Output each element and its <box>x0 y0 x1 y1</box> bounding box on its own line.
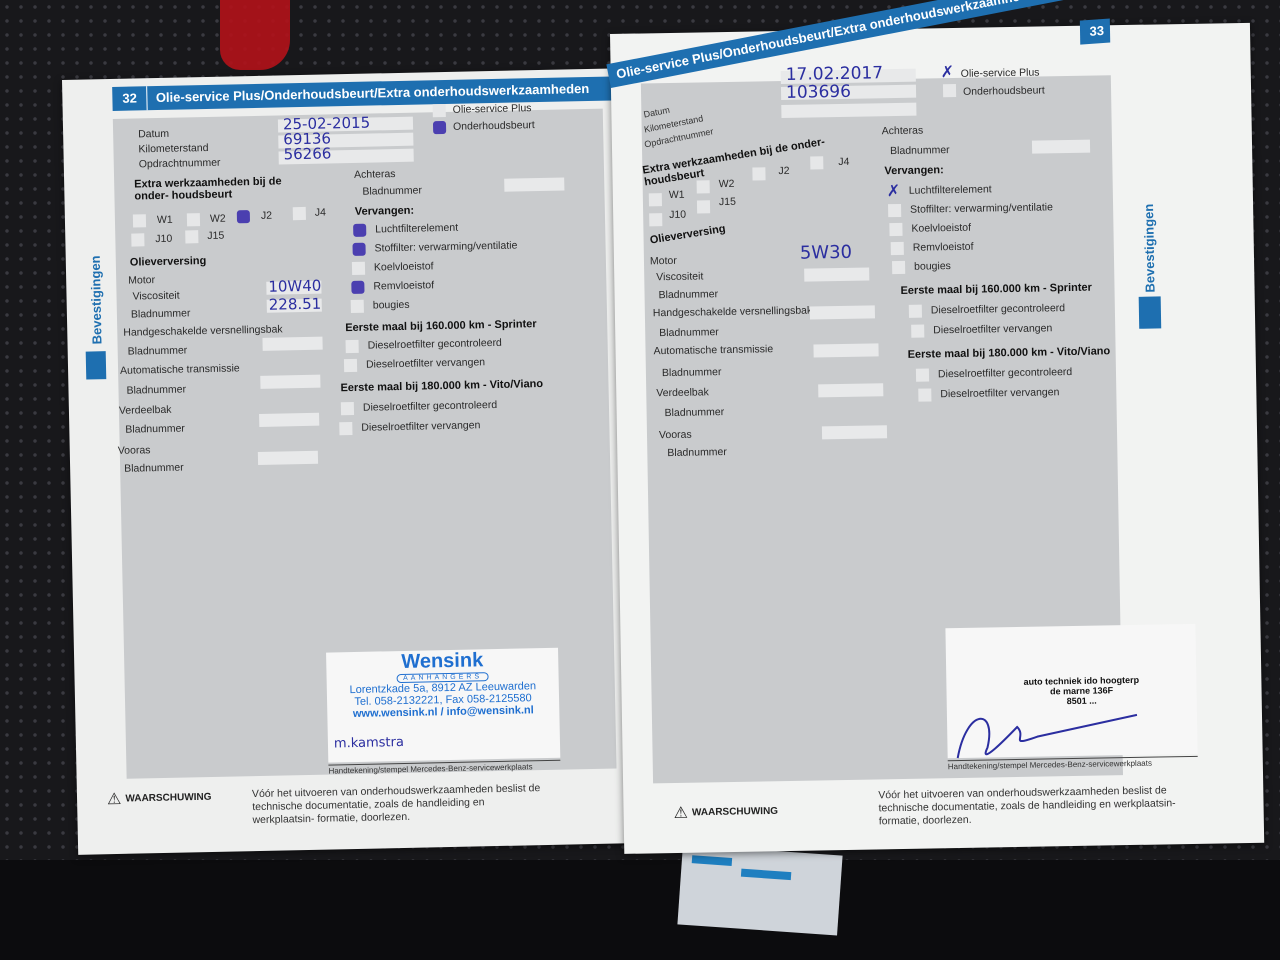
vito-check-2[interactable] <box>339 422 352 435</box>
j4-checkbox[interactable] <box>810 156 823 169</box>
vervangen-label: Koelvloeistof <box>374 260 434 273</box>
warning-text: Vóór het uitvoeren van onderhoudswerkzaa… <box>878 784 1179 828</box>
extra-heading: Extra werkzaamheden bij de onder- houdsb… <box>134 175 304 203</box>
j10-label: J10 <box>669 209 686 221</box>
bladnummer-field[interactable] <box>258 451 318 465</box>
red-object <box>220 0 290 70</box>
olie-service-plus-checkbox[interactable]: ✗ <box>941 66 954 79</box>
vervangen-label: Luchtfilterelement <box>909 183 992 196</box>
achteras-label: Achteras <box>882 125 924 138</box>
bladnummer-value: 228.51 <box>269 295 322 314</box>
page-number: 33 <box>1083 18 1110 44</box>
bladnummer-label: Bladnummer <box>131 307 191 320</box>
bladnummer-label: Bladnummer <box>128 344 188 357</box>
vito-check-1[interactable] <box>341 402 354 415</box>
sprinter-check-1[interactable] <box>346 340 359 353</box>
sprinter-label-2: Dieselroetfilter vervangen <box>366 356 485 370</box>
bladnummer-label: Bladnummer <box>125 423 185 436</box>
vervangen-label: Stoffilter: verwarming/ventilatie <box>910 201 1053 215</box>
booklet-edges <box>677 845 842 936</box>
vervangen-label: Luchtfilterelement <box>375 222 458 236</box>
j2-checkbox[interactable] <box>237 210 250 223</box>
warning-label: ⚠WAARSCHUWING <box>107 787 212 809</box>
onderhoudsbeurt-checkbox[interactable] <box>943 84 956 97</box>
warning-text-label: WAARSCHUWING <box>692 806 778 819</box>
bladnummer-label: Bladnummer <box>667 446 727 459</box>
vervangen-checkbox[interactable] <box>351 281 364 294</box>
bladnummer-label: Bladnummer <box>658 288 718 301</box>
vervangen-checkbox[interactable] <box>892 261 905 274</box>
page-number-box: 33 <box>1080 18 1110 44</box>
w1-label: W1 <box>157 214 173 226</box>
vito-label-1: Dieselroetfilter gecontroleerd <box>938 366 1072 380</box>
sprinter-check-2[interactable] <box>344 359 357 372</box>
stamp-name: Wensink <box>326 648 558 676</box>
handwritten-signature: m.kamstra <box>334 735 404 751</box>
bladnummer-field[interactable] <box>260 375 320 389</box>
bladnummer-field[interactable] <box>822 425 887 439</box>
side-tab-block <box>86 351 107 379</box>
bladnummer-label: Bladnummer <box>362 184 422 197</box>
motor-label: Motor <box>650 255 677 267</box>
w2-checkbox[interactable] <box>697 180 710 193</box>
j10-label: J10 <box>155 233 172 245</box>
vervangen-label: Remvloeistof <box>373 279 434 292</box>
sprinter-label-1: Dieselroetfilter gecontroleerd <box>931 302 1065 316</box>
olie-service-plus-label: Olie-service Plus <box>961 67 1040 80</box>
onderhoudsbeurt-label: Onderhoudsbeurt <box>963 84 1045 97</box>
vervangen-checkbox[interactable] <box>352 262 365 275</box>
vito-label-2: Dieselroetfilter vervangen <box>940 386 1059 400</box>
viscositeit-field[interactable] <box>804 268 869 282</box>
bladnummer-field[interactable] <box>818 383 883 397</box>
km-label: Kilometerstand <box>138 142 208 155</box>
bladnummer-label: Bladnummer <box>665 406 725 419</box>
j2-label: J2 <box>261 210 272 222</box>
warning-icon: ⚠ <box>673 803 688 823</box>
verdeelbak-label: Verdeelbak <box>119 404 172 417</box>
viscositeit-value: 5W30 <box>800 242 853 264</box>
bladnummer-label: Bladnummer <box>126 383 186 396</box>
bladnummer-field[interactable] <box>1032 140 1090 154</box>
vervangen-label: Koelvloeistof <box>911 222 971 235</box>
w2-label: W2 <box>719 178 735 190</box>
side-tab-label: Bevestigingen <box>88 255 105 344</box>
vervangen-checkbox[interactable] <box>888 204 901 217</box>
w1-label: W1 <box>669 189 685 201</box>
j2-label: J2 <box>778 165 789 177</box>
automatisch-label: Automatische transmissie <box>653 343 773 357</box>
bladnummer-field[interactable] <box>810 305 875 319</box>
j15-label: J15 <box>207 230 224 242</box>
viscositeit-label: Viscositeit <box>656 270 703 283</box>
j15-checkbox[interactable] <box>185 230 198 243</box>
w1-checkbox[interactable] <box>133 214 146 227</box>
vervangen-checkbox[interactable] <box>352 243 365 256</box>
j15-checkbox[interactable] <box>697 200 710 213</box>
j4-checkbox[interactable] <box>293 207 306 220</box>
left-page: 32Olie-service Plus/Onderhoudsbeurt/Extr… <box>62 68 628 854</box>
opdracht-label: Opdrachtnummer <box>139 157 221 171</box>
bladnummer-label: Bladnummer <box>659 326 719 339</box>
j10-checkbox[interactable] <box>131 233 144 246</box>
page-number: 32 <box>112 86 148 111</box>
w1-checkbox[interactable] <box>649 193 662 206</box>
olie-service-plus-checkbox[interactable] <box>433 104 446 117</box>
sprinter-check-2[interactable] <box>911 325 924 338</box>
km-value: 103696 <box>786 82 851 103</box>
vervangen-checkbox[interactable]: ✗ <box>887 185 900 198</box>
warning-label: ⚠WAARSCHUWING <box>673 801 778 823</box>
vervangen-label: bougies <box>373 299 410 312</box>
onderhoudsbeurt-checkbox[interactable] <box>433 121 446 134</box>
datum-label: Datum <box>138 128 169 141</box>
motor-label: Motor <box>128 274 155 287</box>
warning-icon: ⚠ <box>107 789 122 809</box>
j10-checkbox[interactable] <box>649 213 662 226</box>
sprinter-label-2: Dieselroetfilter vervangen <box>933 322 1052 336</box>
verdeelbak-label: Verdeelbak <box>656 386 709 399</box>
bladnummer-label: Bladnummer <box>124 462 184 475</box>
sprinter-check-1[interactable] <box>909 305 922 318</box>
w2-label: W2 <box>210 213 226 225</box>
vervangen-checkbox[interactable] <box>353 224 366 237</box>
side-tab-label: Bevestigingen <box>1141 204 1158 293</box>
vervangen-label: Remvloeistof <box>913 241 974 254</box>
olie-service-plus-label: Olie-service Plus <box>453 102 532 116</box>
opdracht-value: 56266 <box>283 144 331 163</box>
warning-text: Vóór het uitvoeren van onderhoudswerkzaa… <box>252 782 543 827</box>
olie-heading: Olieverversing <box>130 255 207 269</box>
vervangen-label: bougies <box>914 260 951 273</box>
achteras-label: Achteras <box>354 168 396 181</box>
bladnummer-field[interactable] <box>504 178 564 192</box>
j4-label: J4 <box>315 207 326 219</box>
vervangen-heading: Vervangen: <box>884 164 944 177</box>
bladnummer-label: Bladnummer <box>890 144 950 157</box>
vervangen-checkbox[interactable] <box>351 300 364 313</box>
j2-checkbox[interactable] <box>752 167 765 180</box>
viscositeit-label: Viscositeit <box>132 290 179 303</box>
vito-check-1[interactable] <box>916 368 929 381</box>
w2-checkbox[interactable] <box>187 213 200 226</box>
dealer-stamp: Wensink AANHANGERS Lorentzkade 5a, 8912 … <box>326 648 560 763</box>
opdracht-field[interactable] <box>781 103 916 118</box>
vervangen-checkbox[interactable] <box>889 223 902 236</box>
vito-check-2[interactable] <box>918 388 931 401</box>
page-header: 32Olie-service Plus/Onderhoudsbeurt/Extr… <box>112 76 612 110</box>
right-page: Olie-service Plus/Onderhoudsbeurt/Extra … <box>610 23 1264 854</box>
vervangen-checkbox[interactable] <box>891 242 904 255</box>
viscositeit-value: 10W40 <box>268 277 321 296</box>
vooras-label: Vooras <box>659 429 692 442</box>
bladnummer-field[interactable] <box>813 343 878 357</box>
automatisch-label: Automatische transmissie <box>120 362 240 377</box>
j4-label: J4 <box>838 156 849 168</box>
shadow <box>0 860 1280 960</box>
warning-text-label: WAARSCHUWING <box>125 792 211 805</box>
j15-label: J15 <box>719 196 736 208</box>
vito-label-2: Dieselroetfilter vervangen <box>361 419 480 433</box>
onderhoudsbeurt-label: Onderhoudsbeurt <box>453 119 535 133</box>
bladnummer-label: Bladnummer <box>662 366 722 379</box>
vervangen-heading: Vervangen: <box>355 205 415 218</box>
side-tab-block <box>1139 296 1162 328</box>
bladnummer-field[interactable] <box>262 337 322 351</box>
vooras-label: Vooras <box>118 444 151 457</box>
garage-stamp: auto techniek ido hoogterp de marne 136F… <box>945 624 1197 758</box>
bladnummer-field[interactable] <box>259 413 319 427</box>
